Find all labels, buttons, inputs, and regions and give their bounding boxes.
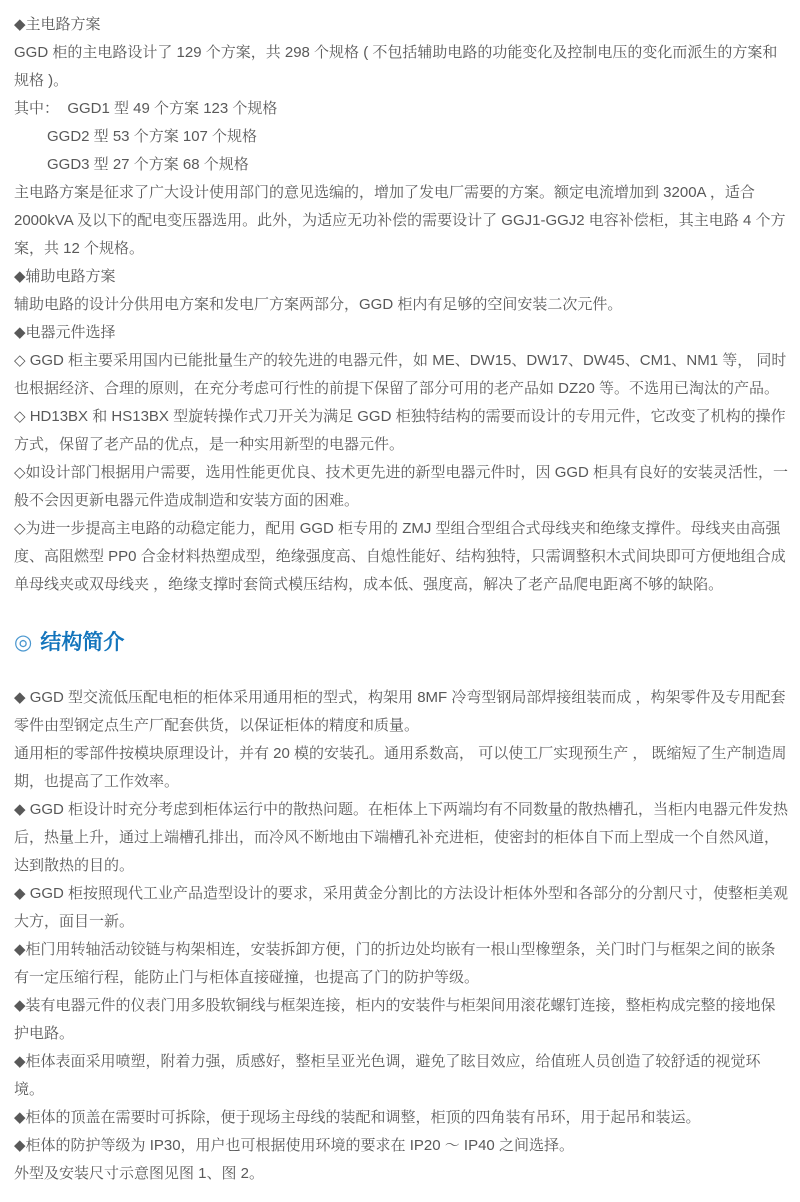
structure-heading-text: 结构简介 <box>40 631 124 654</box>
paragraph: ◆装有电器元件的仪表门用多股软铜线与框架连接，柜内的安装件与柜架间用滚花螺钉连接… <box>14 992 790 1048</box>
paragraph: ◆ GGD 柜按照现代工业产品造型设计的要求，采用黄金分割比的方法设计柜体外型和… <box>14 880 790 936</box>
structure-section-heading: ◎结构简介 <box>14 628 790 658</box>
paragraph-ggd2-spec: GGD2 型 53 个方案 107 个规格 <box>14 123 790 151</box>
paragraph-ggd1-spec: 其中： GGD1 型 49 个方案 123 个规格 <box>14 95 790 123</box>
paragraph: ◇如设计部门根据用户需要，选用性能更优良、技术更先进的新型电器元件时，因 GGD… <box>14 459 790 515</box>
paragraph: ◆柜体表面采用喷塑，附着力强，质感好，整柜呈亚光色调，避免了眩目效应，给值班人员… <box>14 1048 790 1104</box>
paragraph: 辅助电路的设计分供用电方案和发电厂方案两部分，GGD 柜内有足够的空间安装二次元… <box>14 291 790 319</box>
paragraph: ◇ GGD 柜主要采用国内已能批量生产的较先进的电器元件，如 ME、DW15、D… <box>14 347 790 403</box>
section-structure-intro: ◆ GGD 型交流低压配电柜的柜体采用通用柜的型式，构架用 8MF 冷弯型钢局部… <box>14 684 790 1188</box>
paragraph: ◆ GGD 柜设计时充分考虑到柜体运行中的散热问题。在柜体上下两端均有不同数量的… <box>14 796 790 880</box>
paragraph: ◇ HD13BX 和 HS13BX 型旋转操作式刀开关为满足 GGD 柜独特结构… <box>14 403 790 459</box>
paragraph: ◆柜门用转轴活动铰链与构架相连，安装拆卸方便，门的折边处均嵌有一根山型橡塑条，关… <box>14 936 790 992</box>
paragraph: 主电路方案是征求了广大设计使用部门的意见选编的，增加了发电厂需要的方案。额定电流… <box>14 179 790 263</box>
paragraph: ◆柜体的顶盖在需要时可拆除，便于现场主母线的装配和调整，柜顶的四角装有吊环，用于… <box>14 1104 790 1132</box>
paragraph: ◆ GGD 型交流低压配电柜的柜体采用通用柜的型式，构架用 8MF 冷弯型钢局部… <box>14 684 790 740</box>
double-circle-icon: ◎ <box>14 631 32 654</box>
section-main-circuit: ◆主电路方案 GGD 柜的主电路设计了 129 个方案，共 298 个规格 ( … <box>14 11 790 599</box>
paragraph: ◇为进一步提高主电路的动稳定能力，配用 GGD 柜专用的 ZMJ 型组合型组合式… <box>14 515 790 599</box>
paragraph: 通用柜的零部件按模块原理设计，并有 20 模的安装孔。通用系数高， 可以使工厂实… <box>14 740 790 796</box>
paragraph: ◆柜体的防护等级为 IP30，用户也可根据使用环境的要求在 IP20 ～ IP4… <box>14 1132 790 1160</box>
paragraph-component-select-title: ◆电器元件选择 <box>14 319 790 347</box>
paragraph: GGD 柜的主电路设计了 129 个方案，共 298 个规格 ( 不包括辅助电路… <box>14 39 790 95</box>
paragraph-figure-reference: 外型及安装尺寸示意图见图 1、图 2。 <box>14 1160 790 1188</box>
paragraph-aux-circuit-title: ◆辅助电路方案 <box>14 263 790 291</box>
paragraph-main-circuit-title: ◆主电路方案 <box>14 11 790 39</box>
document-page: ◆主电路方案 GGD 柜的主电路设计了 129 个方案，共 298 个规格 ( … <box>0 0 800 1202</box>
paragraph-ggd3-spec: GGD3 型 27 个方案 68 个规格 <box>14 151 790 179</box>
